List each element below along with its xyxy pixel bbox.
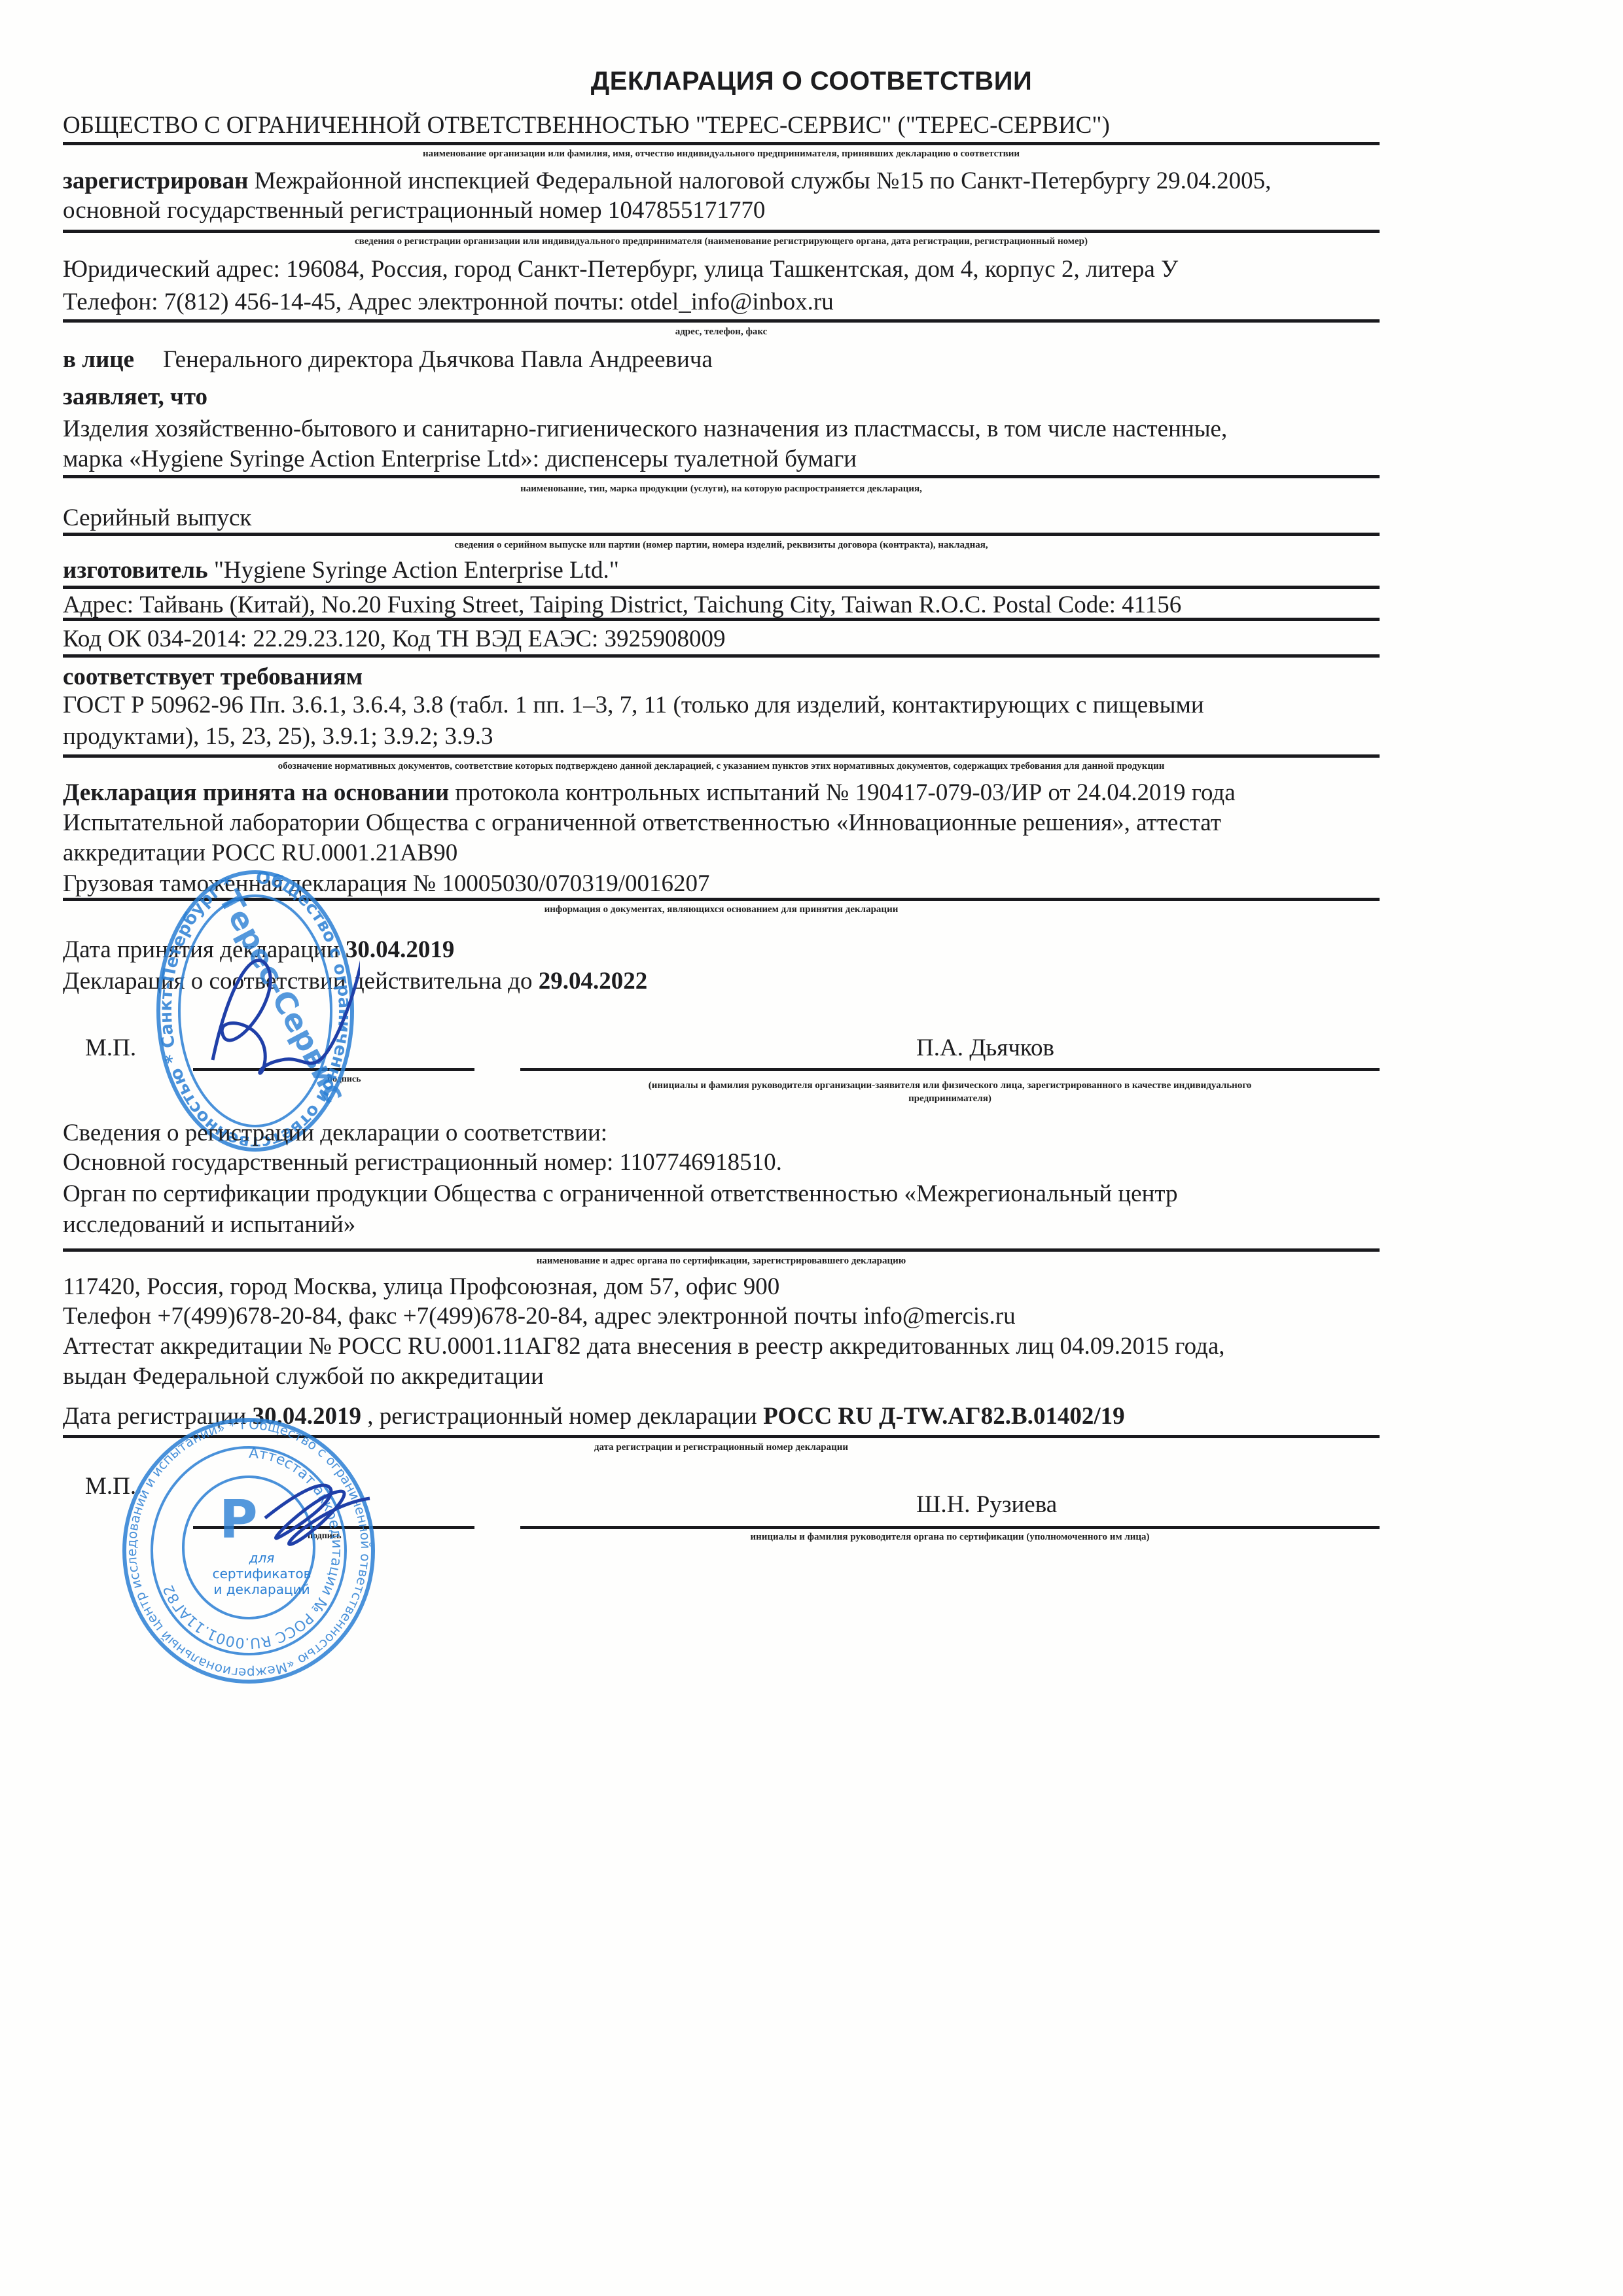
accreditation-line-1: Аттестат аккредитации № РОСС RU.0001.11А… [63,1332,1225,1361]
registration-ogrn: Основной государственный регистрационный… [63,1148,782,1177]
divider [63,754,1380,758]
declares-label: заявляет, что [63,383,207,410]
divider [63,654,1380,658]
registered-line-2: основной государственный регистрационный… [63,196,765,225]
valid-until-date: 29.04.2022 [539,968,648,995]
signature-line [193,1068,474,1071]
certification-body-address: 117420, Россия, город Москва, улица Проф… [63,1273,779,1301]
body-signer-name: Ш.Н. Рузиева [916,1491,1057,1519]
registered-line-1: зарегистрирован Межрайонной инспекцией Ф… [63,167,1271,196]
divider [63,618,1380,621]
registration-heading: Сведения о регистрации декларации о соот… [63,1119,607,1148]
svg-text:и деклараций: и деклараций [213,1581,310,1597]
signature-caption: подпись [327,1074,361,1085]
applicant-signer-name: П.А. Дьячков [916,1034,1054,1063]
accreditation-line-2: выдан Федеральной службой по аккредитаци… [63,1362,544,1391]
represented-by-line: в лицеГенерального директора Дьячкова Па… [63,345,713,374]
divider [63,533,1380,536]
signer-caption-2: предпринимателя) [520,1093,1380,1104]
requirements-caption: обозначение нормативных документов, соот… [63,760,1380,772]
registration-caption: сведения о регистрации организации или и… [63,236,1380,247]
product-codes: Код ОК 034-2014: 22.29.23.120, Код ТН ВЭ… [63,625,726,654]
divider [63,1435,1380,1438]
divider [63,142,1380,145]
seal-place-label-2: М.П. [85,1472,136,1501]
manufacturer-line: изготовитель "Hygiene Syringe Action Ent… [63,556,619,585]
applicant-name-caption: наименование организации или фамилия, им… [63,148,1380,160]
certification-body-caption: наименование и адрес органа по сертифика… [63,1255,1380,1267]
registration-date-number-line: Дата регистрации 30.04.2019 , регистраци… [63,1402,1125,1431]
applicant-name: ОБЩЕСТВО С ОГРАНИЧЕННОЙ ОТВЕТСТВЕННОСТЬЮ… [63,111,1110,140]
acceptance-date: 30.04.2019 [346,936,455,963]
product-line-2: марка «Hygiene Syringe Action Enterprise… [63,445,857,474]
basis-caption: информация о документах, являющихся осно… [63,904,1380,915]
svg-text:P: P [219,1489,258,1550]
basis-label: Декларация принята на основании [63,779,449,806]
product-caption: наименование, тип, марка продукции (услу… [63,483,1380,495]
batch-info: Серийный выпуск [63,504,251,533]
manufacturer-name: "Hygiene Syringe Action Enterprise Ltd." [208,557,619,584]
svg-text:Аттестат аккредитации № РОСС R: Аттестат аккредитации № РОСС RU.0001.11А… [160,1445,345,1651]
svg-text:Общество с ограниченной ответс: Общество с ограниченной ответственностью… [115,1413,374,1681]
signer-line [520,1068,1380,1071]
legal-address: Юридический адрес: 196084, Россия, город… [63,255,1178,284]
certification-body-seal-stamp-icon: Общество с ограниченной ответственностью… [115,1413,389,1688]
svg-text:сертификатов: сертификатов [213,1566,312,1581]
customs-declaration: Грузовая таможенная декларация № 1000503… [63,870,710,898]
divider [63,319,1380,323]
requirements-line-2: продуктами), 15, 23, 25), 3.9.1; 3.9.2; … [63,722,493,751]
represented-label: в лице [63,346,134,373]
address-caption: адрес, телефон, факс [63,326,1380,338]
divider [63,475,1380,478]
document-title: ДЕКЛАРАЦИЯ О СООТВЕТСТВИИ [0,67,1623,96]
divider [63,898,1380,901]
divider [63,230,1380,233]
certification-body-line-2: исследований и испытаний» [63,1210,355,1239]
divider [63,1248,1380,1252]
registration-caption-2: дата регистрации и регистрационный номер… [63,1441,1380,1453]
seal-place-label: М.П. [85,1034,136,1063]
basis-line-2: Испытательной лаборатории Общества с огр… [63,809,1221,838]
product-line-1: Изделия хозяйственно-бытового и санитарн… [63,415,1227,444]
certification-body-contacts: Телефон +7(499)678-20-84, факс +7(499)67… [63,1302,1016,1331]
svg-text:для: для [249,1550,275,1566]
signature-line-2 [193,1526,474,1529]
applicant-contacts: Телефон: 7(812) 456-14-45, Адрес электро… [63,288,834,317]
registration-date: 30.04.2019 [253,1403,362,1430]
batch-caption: сведения о серийном выпуске или партии (… [63,539,1380,551]
divider [63,586,1380,589]
registration-number: РОСС RU Д-TW.АГ82.В.01402/19 [763,1403,1125,1430]
certification-body-line-1: Орган по сертификации продукции Общества… [63,1180,1178,1209]
acceptance-date-line: Дата принятия декларации 30.04.2019 [63,936,454,964]
basis-line-3: аккредитации РОСС RU.0001.21АВ90 [63,839,457,868]
manufacturer-label: изготовитель [63,557,208,584]
valid-until-line: Декларация о соответствии действительна … [63,967,647,996]
represented-by: Генерального директора Дьячкова Павла Ан… [163,346,713,373]
signer-line-2 [520,1526,1380,1529]
signer-caption-1: (инициалы и фамилия руководителя организ… [520,1080,1380,1091]
manufacturer-address: Адрес: Тайвань (Китай), No.20 Fuxing Str… [63,591,1181,620]
requirements-line-1: ГОСТ Р 50962-96 Пп. 3.6.1, 3.6.4, 3.8 (т… [63,691,1204,720]
requirements-label: соответствует требованиям [63,663,363,690]
registered-label: зарегистрирован [63,168,248,194]
basis-line-1: Декларация принята на основании протокол… [63,779,1236,807]
signature-caption-2: подпись [308,1531,342,1542]
body-signer-caption: инициалы и фамилия руководителя органа п… [520,1531,1380,1543]
